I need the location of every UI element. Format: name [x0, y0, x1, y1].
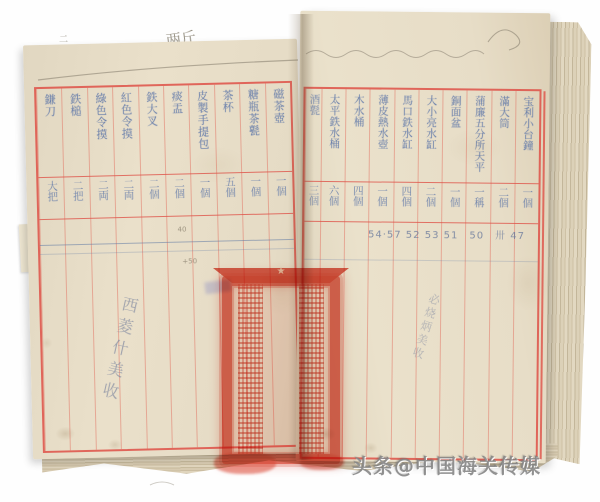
item-quantity: 二個 — [173, 178, 185, 199]
tiny-pencil-note: +50 — [182, 257, 197, 265]
item-quantity: 二把 — [71, 180, 83, 201]
item-quantity: 二個 — [497, 187, 508, 208]
item-quantity: 一個 — [198, 177, 210, 198]
inventory-column: 宝利小台鐘 一個 — [511, 91, 539, 459]
item-name: 酒甏 — [308, 94, 319, 116]
item-quantity: 一個 — [275, 175, 287, 196]
inventory-column: 銅面盆 一個 — [439, 90, 467, 458]
official-red-seal: ★ — [222, 276, 340, 464]
photographed-ledger-scene: 磁茶壺 一個 糖瓶茶甏 一個 茶杯 五個 皮製手提包 — [0, 0, 600, 502]
item-quantity: 一個 — [521, 187, 532, 208]
item-name: 糖瓶茶甏 — [247, 89, 260, 137]
inventory-column: 滿大筒 二個 — [487, 91, 515, 459]
inventory-column: 蒲廉五分所天平 一稱 — [463, 90, 491, 458]
item-name: 太平鉄水桶 — [328, 94, 340, 149]
inventory-column: 薄皮熱水壺 一個 — [366, 89, 394, 457]
item-quantity: 一個 — [249, 176, 261, 197]
inventory-column: 馬口鉄水缸 四個 — [390, 90, 418, 458]
item-name: 鎌刀 — [44, 94, 56, 118]
item-name: 磁茶壺 — [272, 88, 284, 124]
item-name: 馬口鉄水缸 — [401, 95, 413, 150]
item-quantity: 一個 — [449, 186, 460, 207]
item-name: 紅色令摸 — [120, 92, 133, 140]
item-name: 銅面盆 — [449, 95, 460, 128]
item-quantity: 一稱 — [473, 187, 484, 208]
double-border-line — [540, 91, 546, 459]
item-name: 木水桶 — [352, 94, 363, 127]
item-quantity: 六個 — [327, 185, 338, 206]
seal-script-column — [299, 284, 324, 454]
inventory-column: 木水桶 四個 — [342, 89, 370, 457]
item-name: 綠色令摸 — [94, 92, 107, 140]
item-quantity: 二両 — [97, 179, 109, 200]
item-name: 蒲廉五分所天平 — [473, 96, 485, 173]
item-quantity: 四個 — [400, 186, 411, 207]
item-name: 鉄大叉 — [145, 91, 157, 127]
item-quantity: 大把 — [46, 181, 58, 202]
item-name: 鉄槌 — [69, 93, 81, 117]
tiny-pencil-note: 40 — [177, 225, 186, 233]
item-quantity: 四個 — [352, 185, 363, 206]
item-name: 痰盂 — [171, 91, 183, 115]
inventory-column: 大小亮水缸 二個 — [415, 90, 443, 458]
seal-star-icon: ★ — [277, 266, 286, 277]
item-quantity: 三個 — [307, 185, 318, 206]
item-name: 茶杯 — [221, 89, 233, 113]
item-name: 薄皮熱水壺 — [376, 95, 388, 150]
item-quantity: 一個 — [376, 186, 387, 207]
seal-script-column — [238, 284, 263, 454]
item-name: 大小亮水缸 — [425, 95, 437, 150]
item-name: 宝利小台鐘 — [522, 96, 534, 151]
pencil-number-row: 54·57 52 53 51 50 卅 47 — [368, 225, 525, 242]
media-watermark: 头条@中国海关传媒 — [352, 450, 541, 479]
item-name: 滿大筒 — [498, 96, 509, 129]
item-quantity: 二個 — [424, 186, 435, 207]
seal-ink-blob — [214, 452, 276, 474]
item-quantity: 五個 — [224, 176, 236, 197]
item-quantity: 二両 — [122, 179, 134, 200]
seal-ink-blob — [300, 454, 344, 470]
item-name: 皮製手提包 — [196, 90, 209, 150]
item-quantity: 二個 — [148, 178, 160, 199]
